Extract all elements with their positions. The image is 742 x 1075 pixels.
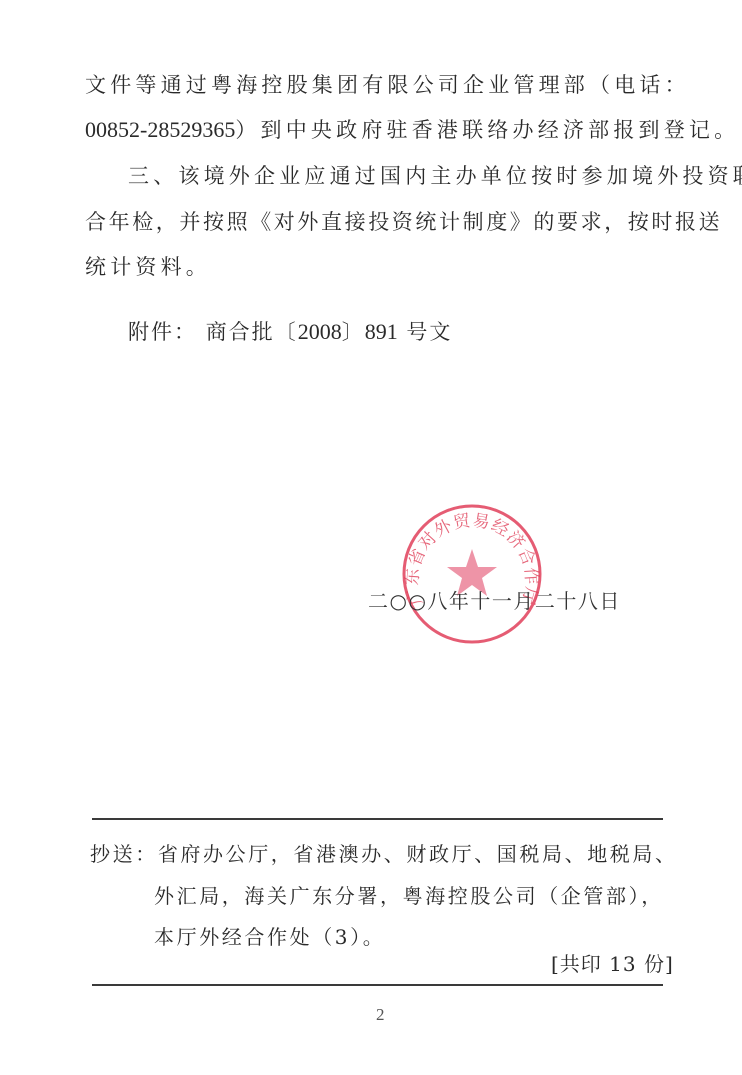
attachment-label: 附件： [128,320,197,344]
divider-bottom [92,984,663,986]
cc-line-2: 外汇局，海关广东分署，粤海控股公司（企管部）， [154,880,664,909]
copies-count: [共印 13 份] [551,948,674,977]
official-seal-icon: 广东省对外贸易经济合作厅 [401,503,543,645]
attachment-line: 附件： 商合批〔2008〕891 号文 [128,316,452,346]
paragraph-continued-line-1: 文件等通过粤海控股集团有限公司企业管理部（电话： [85,69,690,99]
document-date: 二○○八年十一月二十八日 [368,585,621,614]
paragraph-three-line-1: 三、该境外企业应通过国内主办单位按时参加境外投资联 [128,160,742,190]
paragraph-three-line-2: 合年检，并按照《对外直接投资统计制度》的要求，按时报送 [85,206,722,236]
attachment-prefix: 商合批〔 [206,320,298,344]
page-number: 2 [376,1005,385,1025]
attachment-mid: 〕 [342,320,365,344]
paragraph-continued-line-2-rest: ）到中央政府驻香港联络办经济部报到登记。 [235,118,739,142]
cc-line-3: 本厅外经合作处（3）。 [154,921,385,950]
paragraph-three-line-3: 统计资料。 [85,251,211,281]
divider-top [92,818,663,820]
attachment-number: 891 [365,319,398,344]
paragraph-continued-line-2: 00852-28529365）到中央政府驻香港联络办经济部报到登记。 [85,114,739,144]
phone-number: 00852-28529365 [85,117,235,142]
cc-line-1: 抄送：省府办公厅，省港澳办、财政厅、国税局、地税局、 [90,838,678,867]
attachment-year: 2008 [298,319,342,344]
cc-recipients-1: 省府办公厅，省港澳办、财政厅、国税局、地税局、 [158,842,678,866]
cc-label: 抄送： [90,842,158,866]
attachment-suffix: 号文 [406,320,452,344]
